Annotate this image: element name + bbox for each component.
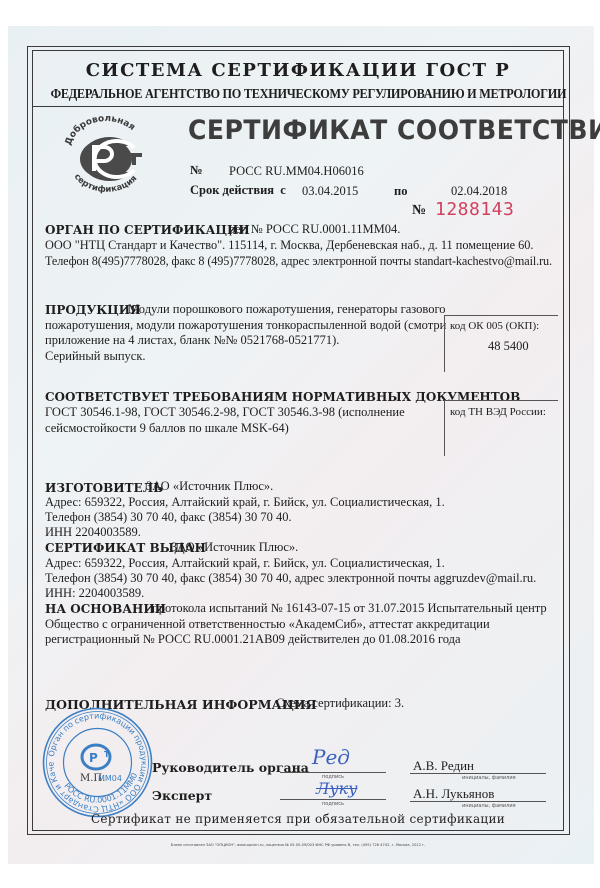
document-title: СЕРТИФИКАТ СООТВЕТСТВИЯ xyxy=(188,115,600,146)
basis-line-1: протокола испытаний № 16143-07-15 от 31.… xyxy=(152,601,547,616)
expert-label: Эксперт xyxy=(152,788,212,803)
product-line-3: приложение на 4 листах, бланк №№ 0521768… xyxy=(45,333,339,348)
blank-number: 1288143 xyxy=(435,199,514,220)
basis-line-2: Общество с ограниченной ответственностью… xyxy=(45,617,490,632)
head-signature: Ред xyxy=(312,745,350,769)
compliance-line-1: ГОСТ 30546.1-98, ГОСТ 30546.2-98, ГОСТ 3… xyxy=(45,405,405,420)
expert-name: А.Н. Лукьянов xyxy=(413,786,494,802)
head-signature-line xyxy=(280,772,386,773)
valid-from: 03.04.2015 xyxy=(302,184,358,199)
system-title: СИСТЕМА СЕРТИФИКАЦИИ ГОСТ Р xyxy=(32,60,564,81)
manufacturer-inn: ИНН 2204003589. xyxy=(45,525,141,540)
svg-text:ММ04: ММ04 xyxy=(98,774,122,783)
valid-to: 02.04.2018 xyxy=(451,184,507,199)
basis-heading: НА ОСНОВАНИИ xyxy=(45,602,166,616)
issued-to-address: Адрес: 659322, Россия, Алтайский край, г… xyxy=(45,556,445,571)
product-line-4: Серийный выпуск. xyxy=(45,349,146,364)
okp-label: код ОК 005 (ОКП): xyxy=(450,320,539,332)
product-heading: ПРОДУКЦИЯ xyxy=(45,303,141,317)
seal-stamp-icon: Орган по сертификации продукции ООО «НТЦ… xyxy=(40,705,155,820)
okp-box-left xyxy=(444,315,445,372)
expert-name-line xyxy=(410,801,546,802)
expert-name-caption: инициалы, фамилия xyxy=(462,803,516,809)
blank-number-label: № xyxy=(412,203,426,219)
voluntary-notice: Сертификат не применяется при обязательн… xyxy=(32,812,564,826)
printer-line: Бланк изготовлен ЗАО "ОПЦИОН", www.opcio… xyxy=(32,843,564,847)
issued-to-phone: Телефон (3854) 30 70 40, факс (3854) 30 … xyxy=(45,571,536,586)
certification-scheme: Схема сертификации: 3. xyxy=(276,696,404,711)
basis-line-3: регистрационный № РОСС RU.0001.21АВ09 де… xyxy=(45,632,461,647)
certification-body-address: ООО "НТЦ Стандарт и Качество". 115114, г… xyxy=(45,238,533,253)
issued-to-inn: ИНН: 2204003589. xyxy=(45,586,144,601)
tnved-box-left xyxy=(444,400,445,456)
manufacturer-name: ЗАО «Источник Плюс». xyxy=(146,479,273,494)
agency-title: ФЕДЕРАЛЬНОЕ АГЕНТСТВО ПО ТЕХНИЧЕСКОМУ РЕ… xyxy=(51,86,546,102)
number-label: № xyxy=(190,163,203,178)
manufacturer-phone: Телефон (3854) 30 70 40, факс (3854) 30 … xyxy=(45,510,292,525)
compliance-heading: СООТВЕТСТВУЕТ ТРЕБОВАНИЯМ НОРМАТИВНЫХ ДО… xyxy=(45,390,520,404)
issued-to-name: ЗАО «Источник Плюс». xyxy=(171,540,298,555)
okp-box-top xyxy=(444,315,558,316)
svg-text:T: T xyxy=(104,750,110,759)
product-line-2: пожаротушения, модули пожаротушения тонк… xyxy=(45,318,446,333)
certification-body-contacts: Телефон 8(495)7778028, факс 8 (495)77780… xyxy=(45,254,552,269)
validity-label: Срок действия с xyxy=(190,183,286,198)
manufacturer-address: Адрес: 659322, Россия, Алтайский край, г… xyxy=(45,495,445,510)
product-line-1: Модули порошкового пожаротушения, генера… xyxy=(128,302,446,317)
svg-text:P: P xyxy=(89,751,98,765)
head-name-caption: инициалы, фамилия xyxy=(462,775,516,781)
certification-body-reg: рег. № РОСС RU.0001.11ММ04. xyxy=(229,222,400,237)
compliance-line-2: сейсмостойкости 9 баллов по шкале MSK-64… xyxy=(45,421,289,436)
certificate-number: РОСС RU.ММ04.Н06016 xyxy=(229,164,364,179)
expert-signature-line xyxy=(280,799,386,800)
to-label: по xyxy=(394,184,407,199)
certification-body-heading: ОРГАН ПО СЕРТИФИКАЦИИ xyxy=(45,223,250,237)
tnved-box-top xyxy=(444,400,558,401)
okp-value: 48 5400 xyxy=(488,339,529,354)
expert-signature-caption: подпись xyxy=(322,801,344,807)
rst-logo-icon: Добровольная сертификация xyxy=(60,114,152,202)
tnved-label: код ТН ВЭД России: xyxy=(450,406,546,418)
expert-signature: Луку xyxy=(316,779,357,798)
head-name: А.В. Редин xyxy=(413,758,474,774)
head-name-line xyxy=(410,773,546,774)
header-divider xyxy=(33,106,563,107)
